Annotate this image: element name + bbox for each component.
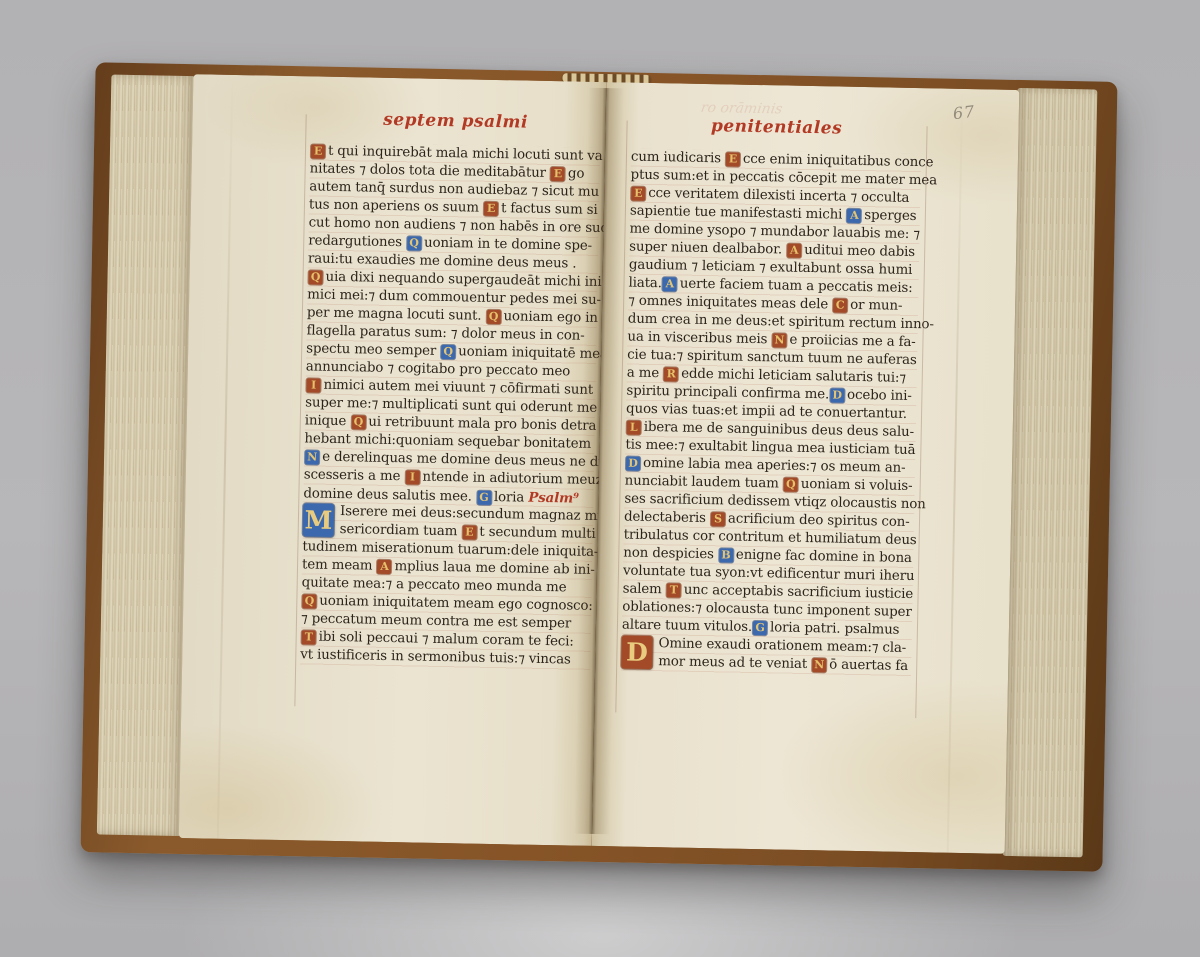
body-text: enigne fac domine in bona	[736, 548, 912, 566]
illuminated-initial: N	[812, 658, 826, 672]
illuminated-initial: G	[477, 491, 491, 505]
body-text: vt iustificeris in sermonibus tuis:⁊ vin…	[300, 647, 571, 667]
body-text: salem	[623, 581, 666, 597]
body-text: super niuen dealbabor.	[629, 240, 786, 258]
illuminated-initial: A	[847, 209, 861, 223]
illuminated-initial: R	[664, 367, 678, 381]
illuminated-initial: Q	[407, 236, 421, 250]
body-text: spiritu principali confirma me.	[626, 384, 829, 403]
illuminated-initial: C	[833, 298, 847, 312]
illuminated-initial: I	[405, 470, 419, 484]
body-text: ō auertas fa	[829, 657, 908, 674]
body-text: redargutiones	[308, 233, 406, 250]
body-text: uoniam si voluis-	[801, 477, 913, 494]
photo-background: { "artifact": { "type": "open printed bo…	[0, 0, 1200, 957]
body-text: tem meam	[302, 557, 377, 573]
illuminated-initial: B	[719, 548, 733, 562]
body-text: ntende in adiutorium meuz:	[422, 470, 607, 489]
illuminated-initial: N	[305, 450, 319, 464]
body-text: uoniam ego in	[503, 309, 598, 326]
body-text: ocebo ini-	[847, 388, 912, 404]
body-text: ⁊ omnes iniquitates meas dele	[628, 294, 832, 313]
body-text: inique	[305, 413, 351, 429]
illuminated-initial: E	[311, 144, 325, 158]
illuminated-initial: Q	[486, 310, 500, 324]
folio-number: 67	[951, 102, 975, 124]
illuminated-initial: D	[626, 457, 640, 471]
body-text: non despicies	[623, 545, 718, 562]
illuminated-initial: E	[631, 187, 645, 201]
body-text: sericordiam tuam	[340, 522, 462, 539]
illuminated-initial: E	[462, 525, 476, 539]
body-text: acrificium deo spiritus con-	[728, 511, 910, 529]
body-text: loria patri. psalmus	[770, 620, 900, 637]
text-column-left: Et qui inquirebāt mala michi locuti sunt…	[300, 142, 600, 671]
illuminated-initial: Q	[302, 594, 316, 608]
illuminated-initial: I	[306, 378, 320, 392]
body-text: delectaberis	[624, 509, 710, 526]
vellum-crease	[947, 89, 964, 853]
illuminated-initial: E	[551, 167, 565, 181]
illuminated-initial: S	[711, 512, 725, 526]
illuminated-initial: D	[830, 388, 844, 402]
body-text: liata.	[628, 276, 662, 292]
vellum-crease	[217, 75, 234, 839]
body-text: sapientie tue manifestasti michi	[630, 204, 847, 223]
body-text: uoniam in te domine spe-	[424, 236, 592, 254]
text-column-right: cum iudicaris Ecce enim iniquitatibus co…	[621, 149, 921, 678]
illuminated-initial: L	[627, 421, 641, 435]
illuminated-initial: Q	[351, 415, 365, 429]
body-text: unc acceptabis sacrificium iusticie	[684, 583, 914, 602]
body-text: uoniam iniquitatē meā	[458, 344, 608, 362]
body-text: cce enim iniquitatibus conce	[743, 152, 934, 171]
body-text: edde michi leticiam salutaris tui:⁊	[681, 367, 906, 386]
left-page: septem psalmi Et qui inquirebāt mala mic…	[179, 74, 607, 846]
illuminated-initial: E	[726, 152, 740, 166]
body-text: scesseris a me	[304, 467, 405, 484]
body-text: tus non aperiens os suum	[309, 197, 483, 215]
body-text: a me	[627, 366, 664, 382]
body-text: nunciabit laudem tuam	[625, 473, 783, 491]
running-header-right: penitentiales	[631, 115, 921, 141]
illuminated-initial: A	[787, 244, 801, 258]
illuminated-initial: N	[772, 333, 786, 347]
open-book: septem psalmi Et qui inquirebāt mala mic…	[81, 62, 1118, 871]
illuminated-initial: Q	[441, 345, 455, 359]
body-text: nitates ⁊ dolos tota die meditabātur	[310, 161, 551, 181]
illuminated-initial: E	[484, 202, 498, 216]
body-text: ua in visceribus meis	[627, 330, 771, 348]
body-text: spectu meo semper	[306, 341, 440, 359]
open-spread: septem psalmi Et qui inquirebāt mala mic…	[179, 74, 1020, 854]
body-text: cum iudicaris	[631, 150, 725, 167]
body-text: or mun-	[850, 298, 902, 314]
body-text: uerte faciem tuam a peccatis meis:	[680, 277, 913, 296]
body-text: uditui meo dabis	[804, 243, 915, 260]
body-text: mor meus ad te veniat	[658, 654, 811, 672]
body-text: e proiicias me a fa-	[789, 333, 916, 350]
right-page: ro orāminis 67 penitentiales cum iudicar…	[592, 82, 1020, 854]
running-header-left: septem psalmi	[310, 108, 600, 134]
illuminated-initial: A	[663, 277, 677, 291]
body-text: go	[568, 166, 585, 181]
illuminated-initial: T	[302, 630, 316, 644]
body-text: t factus sum si	[501, 201, 598, 218]
body-text: loria	[494, 490, 529, 506]
body-text: t secundum multi	[479, 525, 595, 542]
body-text: ui retribuunt mala pro bonis detra	[368, 415, 596, 434]
illuminated-initial: A	[377, 560, 391, 574]
rubric-text: Psalm⁹	[528, 490, 579, 507]
illuminated-initial: G	[753, 621, 767, 635]
illuminated-initial: T	[667, 583, 681, 597]
body-text: mplius laua me domine ab ini-	[394, 559, 594, 578]
body-text: sperges	[864, 208, 916, 224]
body-text: per me magna locuti sunt.	[307, 305, 486, 323]
illuminated-initial: Q	[308, 270, 322, 284]
illuminated-initial: Q	[784, 478, 798, 492]
body-text: altare tuum vitulos.	[622, 617, 752, 634]
